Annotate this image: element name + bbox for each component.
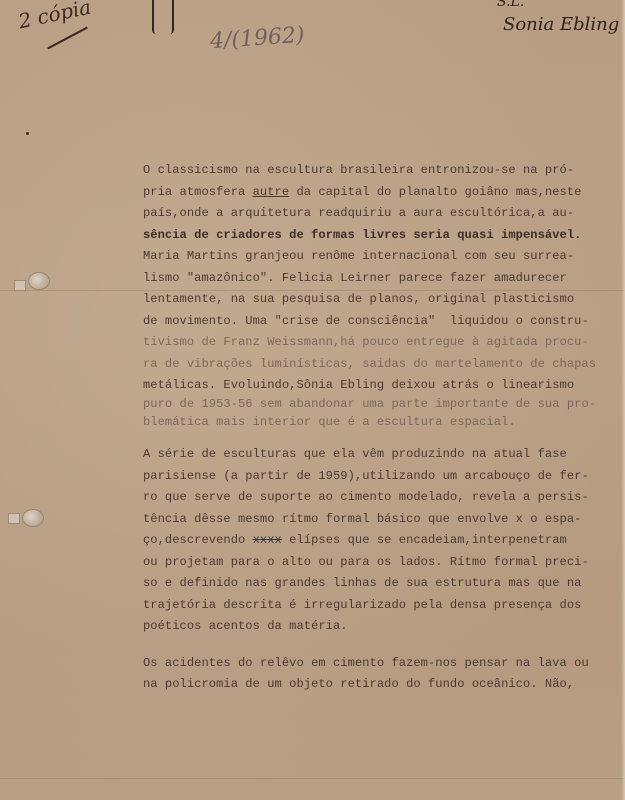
paragraph-2: A série de esculturas que ela vêm produz… [143, 444, 623, 638]
text-line: parisiense (a partir de 1959),utilizando… [143, 466, 623, 488]
handwritten-underline [47, 27, 88, 50]
punch-hole [28, 272, 50, 290]
text-line: metálicas. Evoluindo,Sônia Ebling deixou… [143, 375, 623, 397]
text-line: Os acidentes do relêvo em cimento fazem-… [143, 653, 623, 675]
ink-bracket-mark [152, 0, 174, 34]
typewritten-body: O classicismo na escultura brasileira en… [143, 160, 623, 696]
paragraph-gap [143, 433, 623, 444]
text-line: de movimento. Uma "crise de consciência"… [143, 311, 623, 333]
handwritten-initials: S.L. [497, 0, 524, 10]
punch-hole-tab [8, 513, 20, 524]
punch-hole [22, 509, 44, 527]
text-fragment: pria atmosfera [143, 185, 253, 199]
text-line: A série de esculturas que ela vêm produz… [143, 444, 623, 466]
text-line: blemática mais interior que é a escultur… [143, 412, 623, 434]
text-line: ou projetam para o alto ou para os lados… [143, 552, 623, 574]
text-line: ro que serve de suporte ao cimento model… [143, 487, 623, 509]
text-fragment: ço,descrevendo [143, 533, 253, 547]
text-line: tivismo de Franz Weissmann,há pouco entr… [143, 332, 623, 354]
text-line: Maria Martins granjeou renôme internacio… [143, 246, 623, 268]
text-fragment: da capital do planalto goiâno mas,neste [289, 185, 581, 199]
text-fragment: elípses que se encadeiam,interpenetram [282, 533, 567, 547]
text-line: na policromia de um objeto retirado do f… [143, 674, 623, 696]
text-line: sência de criadores de formas livres ser… [143, 225, 623, 247]
text-line: ra de vibrações luminísticas, saidas do … [143, 354, 623, 376]
text-line: poéticos acentos da matéria. [143, 616, 623, 638]
text-line: puro de 1953-56 sem abandonar uma parte … [143, 397, 623, 412]
paragraph-3: Os acidentes do relêvo em cimento fazem-… [143, 653, 623, 696]
text-line: pria atmosfera autre da capital do plana… [143, 182, 623, 204]
text-line: lismo "amazônico". Felicia Leirner parec… [143, 268, 623, 290]
paragraph-1: O classicismo na escultura brasileira en… [143, 160, 623, 433]
pencil-reference-note: 4/(1962) [209, 23, 305, 55]
handwritten-artist-name: Sonia Ebling [503, 14, 619, 35]
text-line: tência dêsse mesmo rítmo formal básico q… [143, 509, 623, 531]
text-line: trajetória descrita é irregularizado pel… [143, 595, 623, 617]
document-page: 2 cópia 4/(1962) S.L. Sonia Ebling O cla… [0, 0, 625, 800]
paper-fold-line [0, 778, 625, 779]
text-line: O classicismo na escultura brasileira en… [143, 160, 623, 182]
text-line: lentamente, na sua pesquisa de planos, o… [143, 289, 623, 311]
ink-speck [26, 132, 29, 135]
underlined-word: autre [253, 185, 290, 199]
text-line: país,onde a arquitetura readquiriu a aur… [143, 203, 623, 225]
text-line: ço,descrevendo xxxx elípses que se encad… [143, 530, 623, 552]
paragraph-gap [143, 638, 623, 653]
crossed-out-word: xxxx [253, 533, 282, 547]
punch-hole-tab [14, 280, 26, 291]
text-line: so e definido nas grandes linhas de sua … [143, 573, 623, 595]
